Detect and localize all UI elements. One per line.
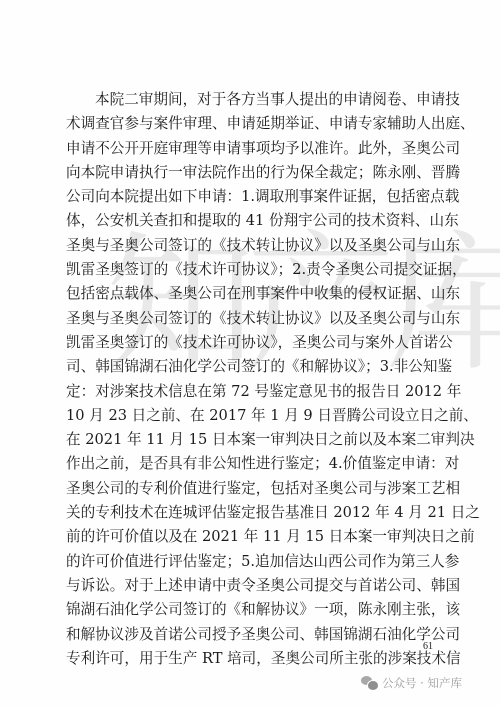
text-line: 司、韩国锦湖石油化学公司签订的《和解协议》；3.非公知鉴: [66, 355, 428, 379]
text-line: 凯雷圣奥签订的《技术许可协议》；2.责令圣奥公司提交证据，: [66, 258, 428, 282]
text-line: 关的专利技术在连城评估鉴定报告基准日 2012 年 4 月 21 日之: [66, 501, 428, 525]
wechat-icon: [361, 676, 378, 690]
text-line: 包括密点载体、圣奥公司在刑事案件中收集的侵权证据、山东: [66, 282, 428, 306]
document-page: 知产库 本院二审期间，对于各方当事人提出的申请阅卷、申请技 术调查官参与案件审理…: [0, 0, 500, 707]
text-line: 与诉讼。对于上述申请中责令圣奥公司提交与首诺公司、韩国: [66, 574, 428, 598]
text-line: 的许可价值进行评估鉴定；5.追加信达山西公司作为第三人参: [66, 550, 428, 574]
text-line: 圣奥公司的专利价值进行鉴定，包括对圣奥公司与涉案工艺相: [66, 477, 428, 501]
text-line: 和解协议涉及首诺公司授予圣奥公司、韩国锦湖石油化学公司: [66, 623, 428, 647]
text-line: 锦湖石油化学公司签订的《和解协议》一项，陈永刚主张，该: [66, 598, 428, 622]
text-line: 申请不公开开庭审理等申请事项均予以准许。此外，圣奥公司: [66, 137, 428, 161]
text-line: 前的许可价值以及在 2021 年 11 月 15 日本案一审判决日之前: [66, 525, 428, 549]
text-line: 在 2021 年 11 月 15 日本案一审判决日之前以及本案二审判决: [66, 428, 428, 452]
text-line: 凯雷圣奥签订的《技术许可协议》，圣奥公司与案外人首诺公: [66, 331, 428, 355]
footer-brand: 公众号 · 知产库: [361, 675, 462, 691]
text-line: 圣奥与圣奥公司签订的《技术转让协议》以及圣奥公司与山东: [66, 234, 428, 258]
page-number: 61: [423, 641, 433, 652]
text-line: 专利许可，用于生产 RT 培司，圣奥公司所主张的涉案技术信: [66, 647, 428, 671]
brand-text: 公众号 · 知产库: [382, 675, 462, 691]
text-line: 10 月 23 日之前、在 2017 年 1 月 9 日晋腾公司设立日之前、: [66, 404, 428, 428]
text-line: 定：对涉案技术信息在第 72 号鉴定意见书的报告日 2012 年: [66, 380, 428, 404]
text-line: 体，公安机关查扣和提取的 41 份翔宇公司的技术资料、山东: [66, 209, 428, 233]
text-line: 作出之前，是否具有非公知性进行鉴定；4.价值鉴定申请：对: [66, 452, 428, 476]
text-line: 本院二审期间，对于各方当事人提出的申请阅卷、申请技: [66, 88, 428, 112]
text-line: 圣奥与圣奥公司签订的《技术转让协议》以及圣奥公司与山东: [66, 307, 428, 331]
text-line: 公司向本院提出如下申请：1.调取刑事案件证据，包括密点载: [66, 185, 428, 209]
text-line: 向本院申请执行一审法院作出的行为保全裁定；陈永刚、晋腾: [66, 161, 428, 185]
body-paragraph: 本院二审期间，对于各方当事人提出的申请阅卷、申请技 术调查官参与案件审理、申请延…: [66, 88, 428, 671]
text-line: 术调查官参与案件审理、申请延期举证、申请专家辅助人出庭、: [66, 112, 428, 136]
